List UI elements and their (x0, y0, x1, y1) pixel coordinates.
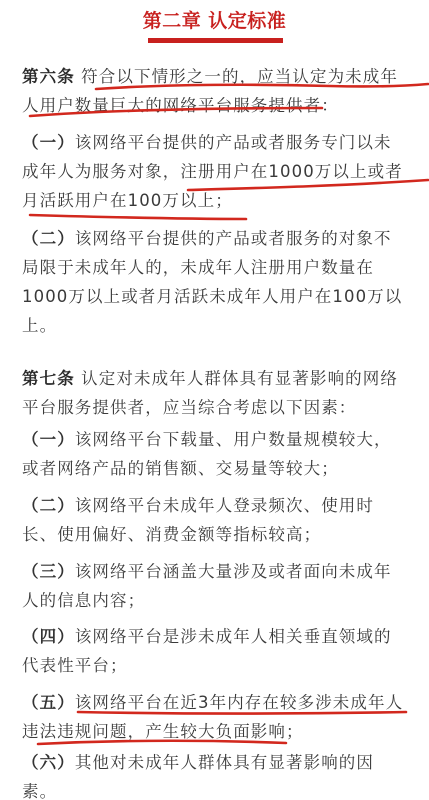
item-number: （一） (22, 430, 75, 449)
item-line: 该网络平台下载量、用户数量规模较大， (75, 430, 392, 449)
article-7-item-6: （六）其他对未成年人群体具有显著影响的因 素。 (22, 748, 412, 800)
item-number: （二） (22, 229, 75, 248)
item-line: 违法违规问题，产生较大负面影响； (22, 717, 412, 746)
item-line: 该网络平台提供的产品或者服务专门以未 (75, 133, 392, 152)
chapter-title: 第二章 认定标准 (0, 8, 429, 34)
item-number: （三） (22, 562, 75, 581)
article-6-line-2: 人用户数量巨大的网络平台服务提供者： (22, 91, 412, 120)
item-line: 或者网络产品的销售额、交易量等较大； (22, 454, 412, 483)
item-line: 月活跃用户在100万以上； (22, 186, 412, 215)
article-7-item-5: （五）该网络平台在近3年内存在较多涉未成年人 违法违规问题，产生较大负面影响； (22, 688, 412, 746)
article-6-line-1: 符合以下情形之一的，应当认定为未成年 (81, 67, 398, 86)
article-6-intro: 第六条 符合以下情形之一的，应当认定为未成年 人用户数量巨大的网络平台服务提供者… (22, 62, 412, 120)
article-7-line-1: 认定对未成年人群体具有显著影响的网络 (81, 369, 398, 388)
chapter-title-bar (148, 38, 283, 43)
item-line: 上。 (22, 311, 412, 340)
item-number: （二） (22, 496, 75, 515)
article-7-item-3: （三）该网络平台涵盖大量涉及或者面向未成年 人的信息内容； (22, 557, 412, 615)
article-7-item-2: （二）该网络平台未成年人登录频次、使用时 长、使用偏好、消费金额等指标较高； (22, 491, 412, 549)
underline-item1-line3 (30, 215, 246, 219)
article-7-line-2: 平台服务提供者，应当综合考虑以下因素： (22, 393, 412, 422)
item-line: 该网络平台未成年人登录频次、使用时 (75, 496, 374, 515)
article-7-item-4: （四）该网络平台是涉未成年人相关垂直领域的 代表性平台； (22, 622, 412, 680)
article-6-item-1: （一）该网络平台提供的产品或者服务专门以未 成年人为服务对象，注册用户在1000… (22, 128, 412, 215)
item-line: 该网络平台在近3年内存在较多涉未成年人 (75, 693, 403, 712)
item-line: 局限于未成年人的，未成年人注册用户数量在 (22, 253, 412, 282)
article-7-item-1: （一）该网络平台下载量、用户数量规模较大， 或者网络产品的销售额、交易量等较大； (22, 425, 412, 483)
item-number: （四） (22, 627, 75, 646)
item-line: 代表性平台； (22, 651, 412, 680)
article-6-label: 第六条 (22, 67, 75, 86)
item-line: 长、使用偏好、消费金额等指标较高； (22, 520, 412, 549)
article-7-intro: 第七条 认定对未成年人群体具有显著影响的网络 平台服务提供者，应当综合考虑以下因… (22, 364, 412, 422)
item-number: （六） (22, 753, 75, 772)
item-line: 人的信息内容； (22, 586, 412, 615)
document-page: 第二章 认定标准 第六条 符合以下情形之一的，应当认定为未成年 人用户数量巨大的… (0, 0, 429, 800)
item-line: 其他对未成年人群体具有显著影响的因 (75, 753, 374, 772)
item-line: 素。 (22, 777, 412, 800)
article-6-item-2: （二）该网络平台提供的产品或者服务的对象不 局限于未成年人的，未成年人注册用户数… (22, 224, 412, 340)
item-number: （五） (22, 693, 75, 712)
item-line: 该网络平台是涉未成年人相关垂直领域的 (75, 627, 392, 646)
item-number: （一） (22, 133, 75, 152)
item-line: 成年人为服务对象，注册用户在1000万以上或者 (22, 157, 412, 186)
item-line: 1000万以上或者月活跃未成年人用户在100万以 (22, 282, 412, 311)
item-line: 该网络平台涵盖大量涉及或者面向未成年 (75, 562, 392, 581)
article-7-label: 第七条 (22, 369, 75, 388)
item-line: 该网络平台提供的产品或者服务的对象不 (75, 229, 392, 248)
